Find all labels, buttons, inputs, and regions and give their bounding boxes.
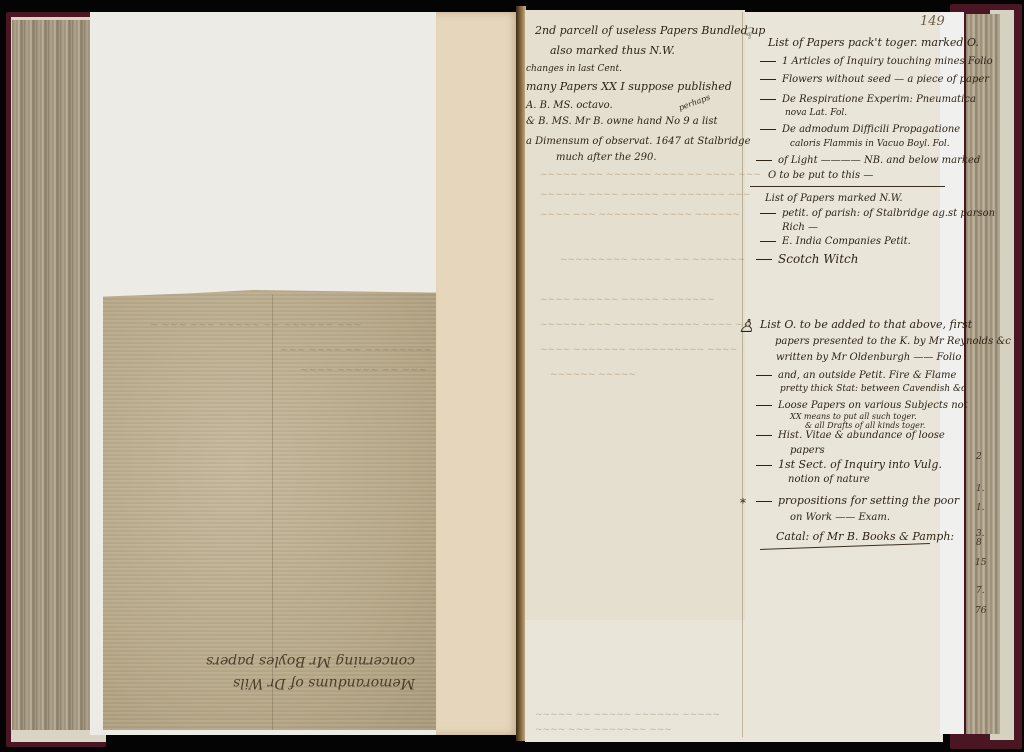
list-item-note: & all Drafts of all kinds toger. [805, 421, 925, 430]
fore-edge-number: 2 [976, 452, 982, 462]
list-item-continued: pretty thick Stat: between Cavendish &c [780, 384, 966, 394]
fore-edge-number: 76 [975, 606, 986, 616]
left-page-block-edge [12, 20, 90, 730]
folio-number: 149 [920, 14, 945, 29]
show-through-text: ~~~~~ ~~ ~~~~~ ~~~~~~ ~~~~~ [535, 710, 720, 720]
list-item: papers presented to the K. by Mr Reynold… [775, 336, 1011, 347]
show-through-text: ~~~~~~ ~~~~ ~~~~~ ~~ ~~~~~~ ~~~ [540, 190, 750, 200]
list-o-additions-heading: List O. to be added to that above, first [760, 318, 972, 331]
right-page-block-edge [966, 14, 1000, 734]
list-item-continued: on Work —— Exam. [790, 512, 890, 523]
show-through-text: ~~~~~~~~~ ~~~~ ~ ~~ ~~~~~~~ [560, 255, 745, 265]
show-through-text: ~~~~~~ ~~~~~ [550, 370, 636, 380]
leaf-line: a Dimensum of observat. 1647 at Stalbrid… [526, 136, 751, 147]
list-item-continued: notion of nature [788, 474, 870, 485]
leaf-line: changes in last Cent. [526, 64, 622, 74]
margin-asterisk: * [740, 496, 746, 510]
list-item: O to be put to this — [768, 170, 873, 181]
list-item: E. India Companies Petit. [760, 236, 911, 247]
show-through-text: ~~~~ ~~~~~~ ~~~~~ ~~~~~~~ [540, 295, 715, 305]
fore-edge-number: 8 [976, 538, 982, 548]
section-divider [750, 186, 945, 187]
show-through-text: ~~~~~~ ~~~ ~~~~~~ ~~~~~ ~~~~ ~~ [540, 320, 750, 330]
show-through-text: ~~~~~ ~~~ ~~~~~~ ~~~~ ~~ ~~~~ ~~~ [540, 170, 761, 180]
show-through-text: ~~~ ~~~~ ~~ ~~~~~~~~ [280, 345, 432, 356]
leaf-line: A. B. MS. octavo. [526, 100, 613, 111]
fore-edge-number: 1. [976, 484, 985, 494]
candle-sketch-icon: ♙ [738, 316, 754, 337]
list-item: 1st Sect. of Inquiry into Vulg. [756, 458, 942, 471]
list-item: De admodum Difficili Propagatione [760, 124, 960, 135]
list-item: propositions for setting the poor [756, 494, 959, 507]
show-through-text: ~ ~~~ ~~~ ~~~~~ ~~ ~~~~~~ ~~~ [150, 320, 362, 331]
list-item: Hist. Vitae & abundance of loose [756, 430, 945, 441]
list-item-continued: Rich — [782, 222, 818, 233]
show-through-text: ~~~~ ~~~~~ ~~ ~~~ [300, 365, 427, 376]
gutter-guard-strip [436, 12, 520, 735]
list-item: written by Mr Oldenburgh —— Folio [776, 352, 961, 363]
endorsement-line-1: Memorandums of Dr Wils [205, 672, 415, 694]
list-nw-heading: List of Papers marked N.W. [765, 193, 903, 204]
list-item: of Light ———— NB. and below marked [756, 155, 980, 166]
show-through-text: ~~~~ ~~~~~~~ ~~~~~~~~~~ ~~~~ [540, 345, 737, 355]
list-item: Loose Papers on various Subjects not [756, 400, 968, 411]
fore-edge-number: 15 [975, 558, 986, 568]
list-item-continued: papers [790, 445, 825, 456]
list-o-heading: List of Papers pack't toger. marked O. [768, 36, 979, 49]
inverted-endorsement: Memorandums of Dr Wils concerning Mr Boy… [205, 650, 415, 694]
list-item: Catal: of Mr B. Books & Pamph: [776, 530, 954, 543]
leaf-line: & B. MS. Mr B. owne hand No 9 a list [526, 116, 718, 127]
list-item-continued: nova Lat. Fol. [785, 108, 847, 118]
list-item-note: XX means to put all such toger. [790, 412, 917, 421]
leaf-line: much after the 290. [556, 152, 657, 163]
leaf-line: also marked thus N.W. [550, 44, 675, 57]
list-item: petit. of parish: of Stalbridge ag.st pa… [760, 208, 995, 219]
list-item: Scotch Witch [756, 252, 858, 266]
list-item: De Respiratione Experim: Pneumatica [760, 94, 976, 105]
endorsement-line-2: concerning Mr Boyles papers [205, 650, 415, 672]
pointing-hand-icon: ☟ [742, 24, 752, 43]
list-item-continued: caloris Flammis in Vacuo Boyl. Fol. [790, 139, 950, 149]
fore-edge-number: 7. [976, 586, 985, 596]
show-through-text: ~~~~ ~~~ ~~~~~~~ ~~~ [535, 725, 672, 735]
leaf-line: 2nd parcell of useless Papers Bundled up [535, 24, 765, 37]
leaf-line: many Papers XX I suppose published [526, 80, 732, 93]
page-fold-line [742, 12, 743, 737]
list-item: and, an outside Petit. Fire & Flame [756, 370, 956, 381]
list-item: Flowers without seed — a piece of paper [760, 74, 989, 85]
list-item: 1 Articles of Inquiry touching mines Fol… [760, 56, 993, 67]
fore-edge-number: 1. [976, 503, 985, 513]
show-through-text: ~~~~ ~~~ ~~~~~~~~ ~~~~ ~~~~~~ [540, 210, 740, 220]
